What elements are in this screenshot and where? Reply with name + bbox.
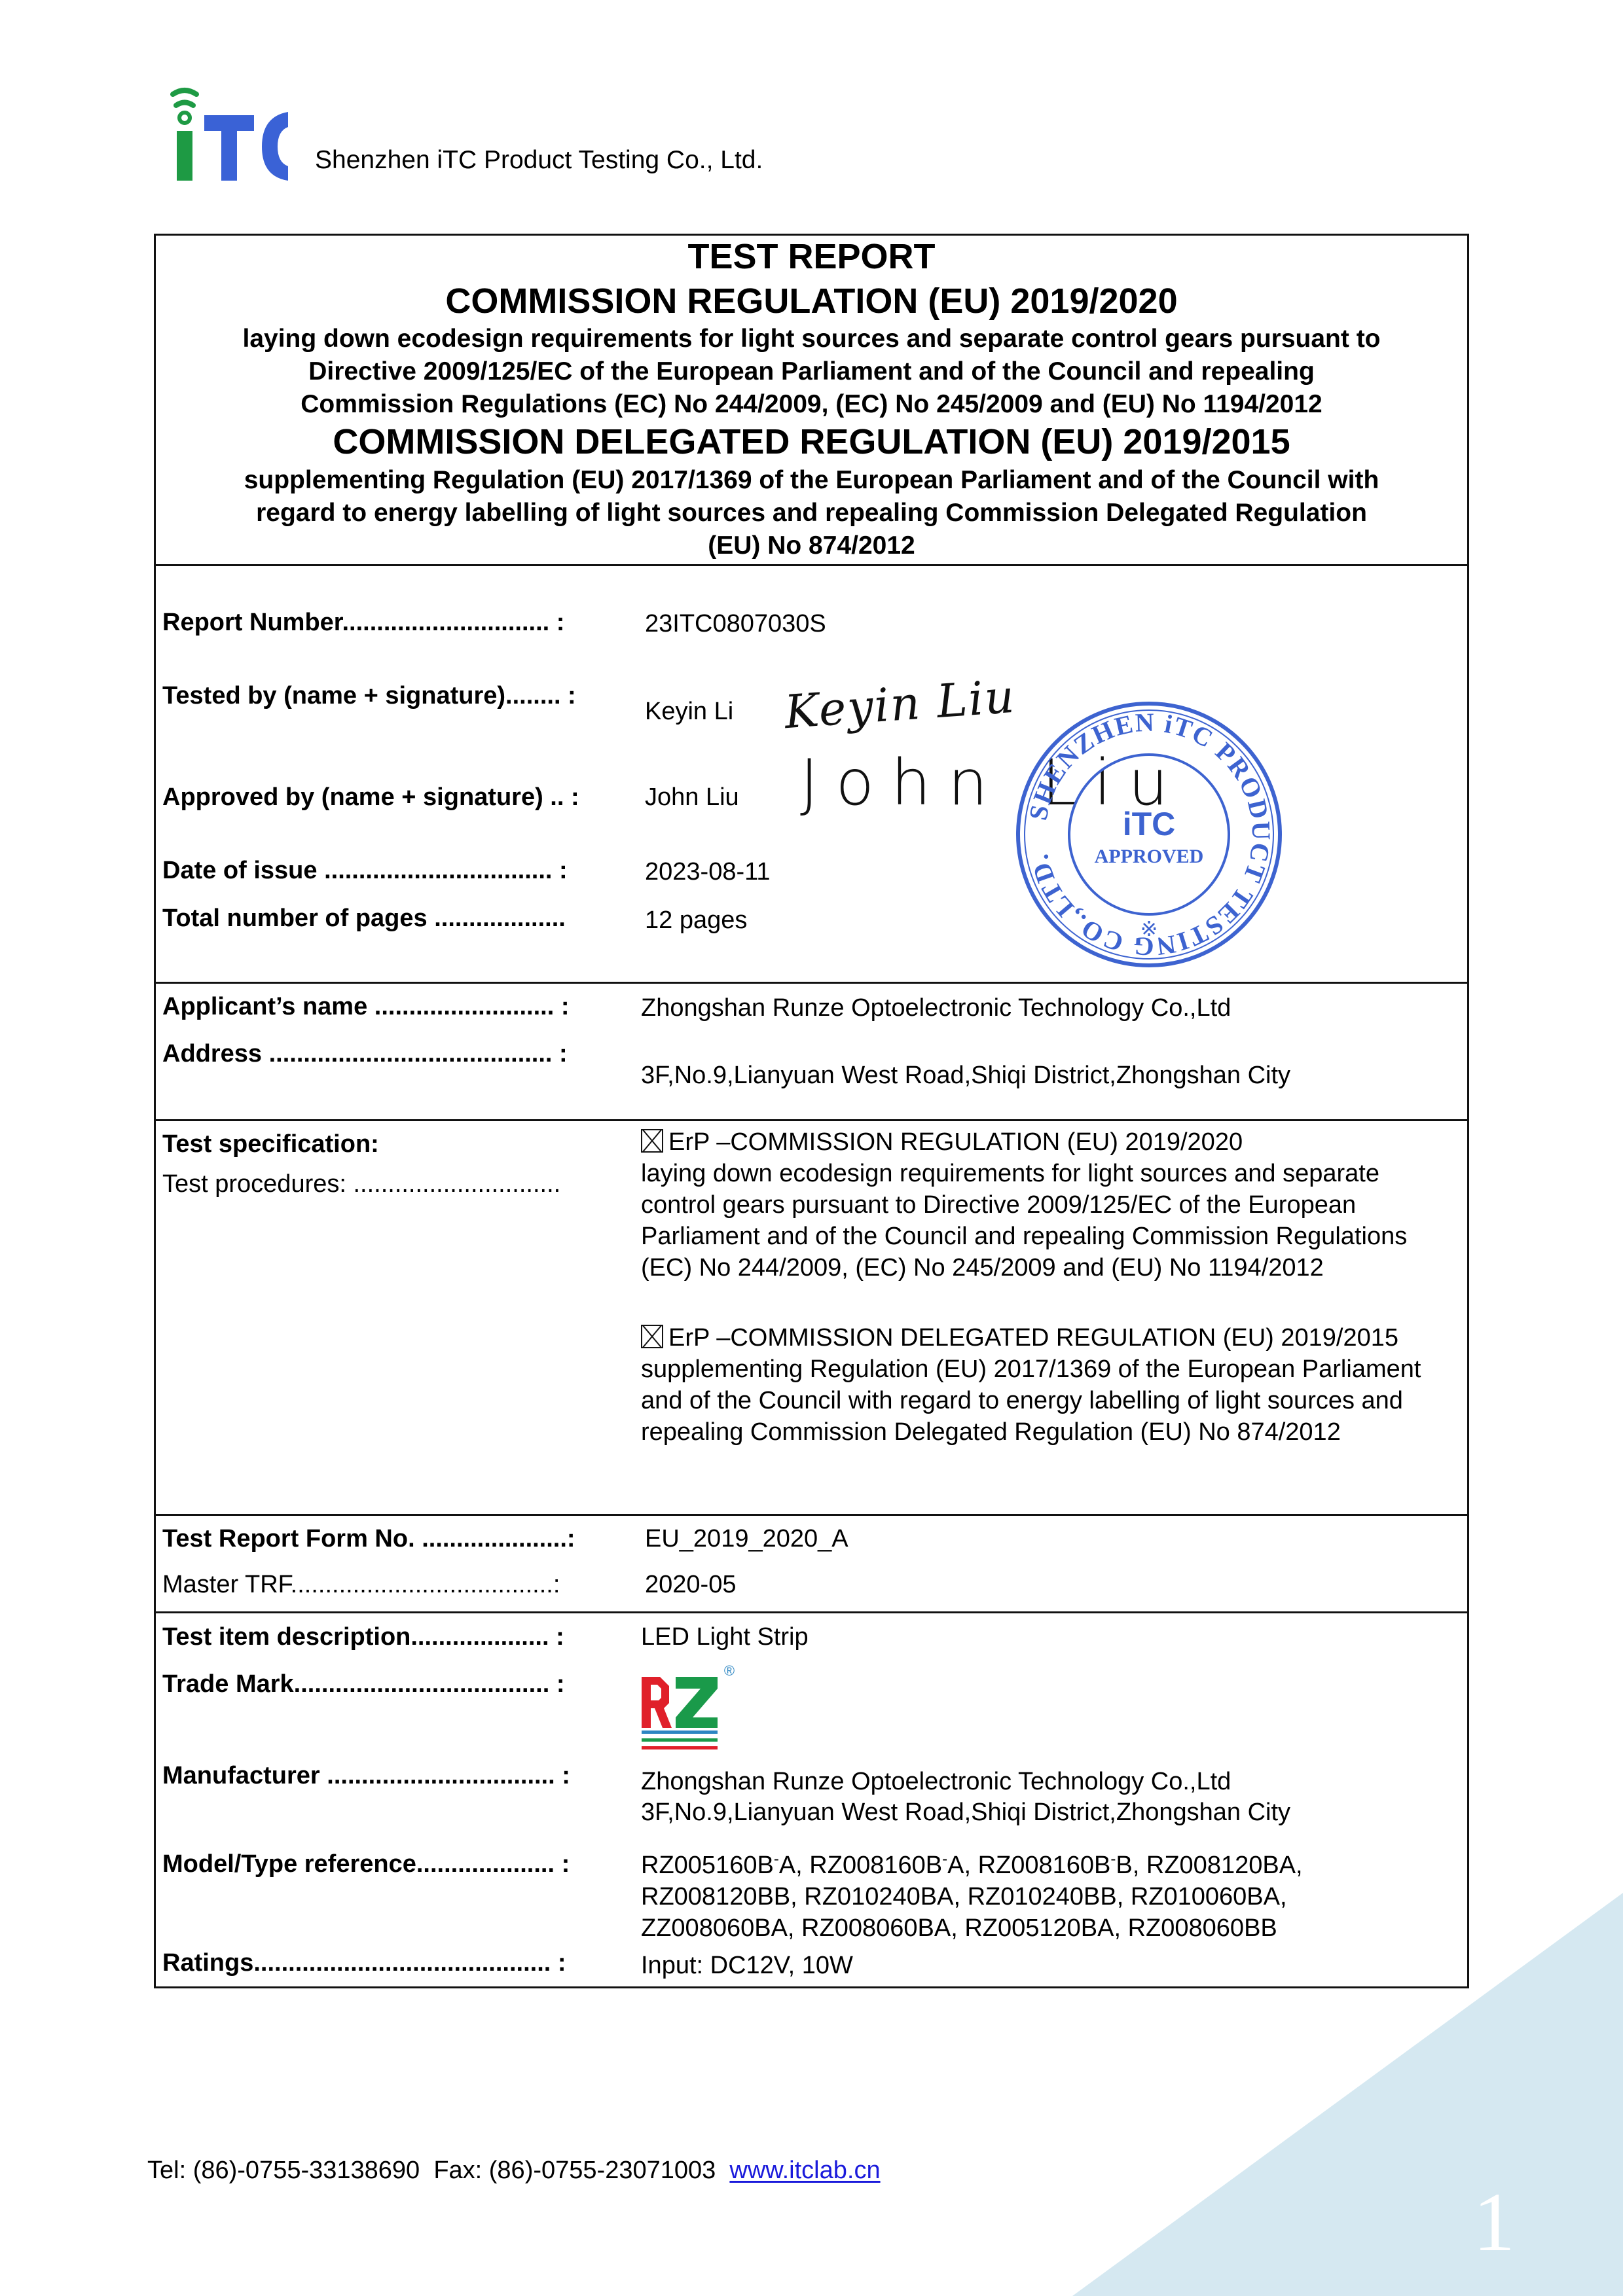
- total-pages-label: Total number of pages ..................…: [162, 903, 566, 933]
- stamp-logo: iTC: [1123, 806, 1176, 842]
- regulation-1-desc-line: laying down ecodesign requirements for l…: [156, 323, 1467, 355]
- model-reference-item: RZ008120BB: [641, 1883, 790, 1910]
- model-reference-item: RZ005120BA: [964, 1914, 1114, 1942]
- stamp-approved-text: APPROVED: [1095, 846, 1204, 867]
- ratings-value: Input: DC12V, 10W: [641, 1950, 853, 1981]
- approved-by-value: John Liu: [645, 782, 739, 812]
- applicant-name-value: Zhongshan Runze Optoelectronic Technolog…: [641, 993, 1231, 1023]
- regulation-2-desc-line: supplementing Regulation (EU) 2017/1369 …: [156, 464, 1467, 497]
- itc-logo: [164, 84, 288, 181]
- approval-stamp: SHENZHEN iTC PRODUCT TESTING CO.,LTD. iT…: [1013, 699, 1285, 970]
- date-of-issue-label: Date of issue ..........................…: [162, 855, 568, 886]
- divider: [154, 1119, 1469, 1121]
- model-reference-item: RZ008160B-A: [809, 1852, 964, 1879]
- regulation-1-desc-line: Directive 2009/125/EC of the European Pa…: [156, 355, 1467, 388]
- regulation-2-title: COMMISSION DELEGATED REGULATION (EU) 201…: [156, 422, 1467, 461]
- model-reference-line: RZ005160B-A, RZ008160B-A, RZ008160B-B, R…: [641, 1844, 1453, 1881]
- model-reference-item: RZ010240BA: [804, 1883, 953, 1910]
- rz-trademark-logo: ®: [640, 1662, 740, 1753]
- manufacturer-name: Zhongshan Runze Optoelectronic Technolog…: [641, 1767, 1231, 1797]
- model-reference-line: RZ008120BB, RZ010240BA, RZ010240BB, RZ01…: [641, 1881, 1453, 1912]
- divider: [154, 1611, 1469, 1613]
- regulation-1-desc-line: Commission Regulations (EC) No 244/2009,…: [156, 388, 1467, 421]
- stamp-star-icon: ※: [1140, 916, 1158, 941]
- tested-by-label: Tested by (name + signature)........ :: [162, 681, 576, 711]
- approved-by-label: Approved by (name + signature) .. :: [162, 782, 579, 812]
- divider: [154, 982, 1469, 984]
- model-reference-item: RZ008120BA: [1146, 1852, 1296, 1879]
- model-reference-label: Model/Type reference....................…: [162, 1849, 570, 1879]
- manufacturer-address: 3F,No.9,Lianyuan West Road,Shiqi Distric…: [641, 1797, 1290, 1827]
- regulation-2-desc-line: regard to energy labelling of light sour…: [156, 497, 1467, 529]
- regulation-1-title: COMMISSION REGULATION (EU) 2019/2020: [156, 281, 1467, 321]
- test-spec-item-title: ErP –COMMISSION DELEGATED REGULATION (EU…: [668, 1324, 1398, 1352]
- tested-by-value: Keyin Li: [645, 696, 733, 726]
- address-label: Address ................................…: [162, 1039, 568, 1069]
- model-reference-line: ZZ008060BA, RZ008060BA, RZ005120BA, RZ00…: [641, 1912, 1453, 1944]
- test-procedures-label: Test procedures: .......................…: [162, 1169, 560, 1199]
- test-spec-item-description: supplementing Regulation (EU) 2017/1369 …: [641, 1354, 1459, 1448]
- test-spec-item-description: laying down ecodesign requirements for l…: [641, 1158, 1459, 1283]
- page-number: 1: [1473, 2176, 1515, 2268]
- trade-mark-label: Trade Mark..............................…: [162, 1669, 565, 1699]
- regulation-2-desc-line: (EU) No 874/2012: [156, 529, 1467, 562]
- checkbox-checked-icon[interactable]: [641, 1325, 663, 1348]
- trf-form-no-label: Test Report Form No. ...................…: [162, 1524, 575, 1554]
- test-specification-label: Test specification:: [162, 1129, 379, 1159]
- date-of-issue-value: 2023-08-11: [645, 857, 771, 887]
- footer-fax: Fax: (86)-0755-23071003: [433, 2157, 716, 2184]
- test-spec-item-title: ErP –COMMISSION REGULATION (EU) 2019/202…: [668, 1128, 1243, 1156]
- footer-contact: Tel: (86)-0755-33138690 Fax: (86)-0755-2…: [147, 2155, 881, 2185]
- ratings-label: Ratings.................................…: [162, 1948, 566, 1978]
- divider: [154, 1514, 1469, 1516]
- website-link[interactable]: www.itclab.cn: [729, 2157, 880, 2184]
- model-reference-item: RZ008160B-B: [978, 1852, 1133, 1879]
- model-reference-list: RZ005160B-A, RZ008160B-A, RZ008160B-B, R…: [641, 1844, 1453, 1944]
- master-trf-value: 2020-05: [645, 1570, 736, 1600]
- model-reference-item: ZZ008060BA: [641, 1914, 788, 1942]
- test-item-description-value: LED Light Strip: [641, 1622, 809, 1652]
- model-reference-item: RZ010240BB: [968, 1883, 1117, 1910]
- test-spec-item: ErP –COMMISSION DELEGATED REGULATION (EU…: [641, 1322, 1459, 1448]
- model-reference-item: RZ008060BA: [801, 1914, 951, 1942]
- master-trf-label: Master TRF..............................…: [162, 1570, 560, 1600]
- report-number-label: Report Number...........................…: [162, 607, 564, 637]
- trf-form-no-value: EU_2019_2020_A: [645, 1524, 848, 1554]
- company-name: Shenzhen iTC Product Testing Co., Ltd.: [315, 145, 763, 175]
- report-title: TEST REPORT: [156, 237, 1467, 276]
- report-number-value: 23ITC0807030S: [645, 609, 826, 639]
- registered-mark: ®: [724, 1662, 735, 1679]
- footer-tel: Tel: (86)-0755-33138690: [147, 2157, 420, 2184]
- total-pages-value: 12 pages: [645, 905, 747, 935]
- divider: [154, 564, 1469, 566]
- checkbox-checked-icon[interactable]: [641, 1129, 663, 1153]
- manufacturer-label: Manufacturer ...........................…: [162, 1761, 570, 1791]
- test-spec-item: ErP –COMMISSION REGULATION (EU) 2019/202…: [641, 1126, 1459, 1283]
- applicant-name-label: Applicant’s name .......................…: [162, 992, 570, 1022]
- test-item-description-label: Test item description...................…: [162, 1622, 564, 1652]
- model-reference-item: RZ005160B-A: [641, 1852, 795, 1879]
- model-reference-item: RZ008060BB: [1128, 1914, 1277, 1942]
- address-value: 3F,No.9,Lianyuan West Road,Shiqi Distric…: [641, 1060, 1290, 1090]
- model-reference-item: RZ010060BA: [1131, 1883, 1280, 1910]
